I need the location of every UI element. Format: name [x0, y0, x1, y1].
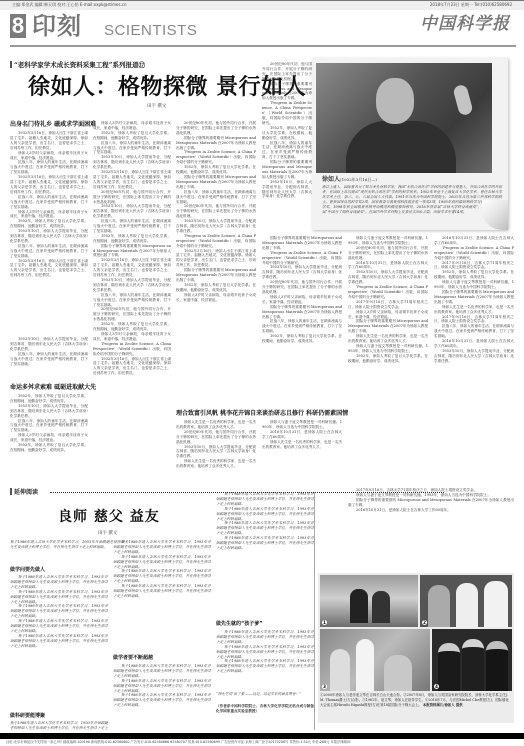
collage-photo-1: 1 — [320, 575, 418, 627]
footer-publisher-info: 社址:北京市海淀区中关村南一条乙3号 邮政编码:100190 新闻热线:010-… — [6, 740, 520, 745]
header-divider — [10, 45, 516, 47]
related-column-3b: 我于1988年进入吉林大学化学系本科学习，1993年开始跟随老师徐如人先生攻读硕… — [216, 630, 314, 690]
section-title-cn: 印刻 — [32, 12, 82, 40]
section-subhead-4: 谈治研志且修行 科研仍需素国情 — [262, 410, 348, 418]
article-byline: 田宇 撰文 — [147, 104, 166, 110]
portrait-hand — [452, 84, 473, 117]
article-column-6: 2016年10月31日，是徐如人院士在吉林大学工作60周年。 ‘Progress… — [434, 236, 514, 482]
photo-caption-name: 徐如人(1932年3月16日—) — [322, 176, 377, 184]
portrait-photo — [316, 63, 492, 173]
series-bar-icon — [10, 61, 12, 68]
related-column-1: 我于1988年进入吉林大学化学系本科学习，1993年开始跟随老师徐如人先生攻读硕… — [10, 575, 108, 687]
series-label: “老科学家学术成长资料采集工程”系列报道⑰ — [10, 61, 145, 69]
article-column-3: 20世纪80年代初，他与国外同行合作，开展分子筛的研究，在国际上率先提出了分子筛… — [176, 121, 256, 405]
section-title-en: SCIENTISTS — [104, 22, 197, 40]
related-subhead-4: 做先生就的“孩子爹” — [216, 620, 263, 628]
related-lead: 我于1988年进入吉林大学化学系本科学习，1993年开始跟随老师徐如人先生攻读硕… — [10, 540, 128, 560]
section-subhead-3: 理合致富引风帆 桃李花开锦自来 — [176, 410, 262, 418]
collage-caption: ①2000年徐如人与老伴庞文琴在吉林长白山天池合影。②2007年8月，徐如人与英… — [320, 693, 512, 707]
collage-photo-2: 2 — [420, 575, 512, 627]
related-column-3: 我于1988年进入吉林大学化学系本科学习，1993年开始跟随老师徐如人先生攻读硕… — [216, 492, 314, 588]
section-subhead-1: 出身名门待礼乡 磁咸求学面困难 — [10, 121, 96, 129]
article-column-1-mid: 1953年10月，徐如人大学提前毕业，分配到吉林省，随后到东北人民大学（吉林大学… — [10, 337, 88, 381]
collage-credit: 本报资料图片/徐如人 提供 — [423, 703, 463, 707]
related-column-1b: 我于1988年进入吉林大学化学系本科学习，1993年开始跟随老师徐如人先生攻读硕… — [10, 721, 108, 731]
collage-photo-4: 4 — [432, 629, 512, 691]
label-bar-icon — [10, 488, 12, 495]
article-column-3b: 徐如人先生是一名优秀的科学家，也是一名杰出的教育家。他培养了众多优秀人才。 20… — [176, 420, 256, 482]
photo-caption-text: 浙江上虞人，国际著名分子筛与多孔材料学家，我国“无机合成化学”学科的创建者与奠基… — [322, 185, 502, 215]
related-reading-label: 延伸阅读 — [10, 488, 40, 497]
article-column-4b: 徐如人与妻子庞文琴教授是一对科研伉俪。1993年，徐如人当选为中国科学院院士。 … — [262, 420, 342, 482]
page-number: 8 — [10, 14, 26, 38]
article-column-4-top: 20世纪80年代初，他与国外同行合作，开展分子筛的研究，在国际上率先提出了分子筛… — [262, 62, 312, 232]
editor-credits: 主编:郑金武 编辑:韩天琪 校对:王心怡 E-mail:xxpk@stimes.… — [12, 2, 127, 8]
newspaper-masthead: 中国科学报 — [420, 13, 510, 35]
related-byline: 田宇 撰文 — [98, 531, 117, 537]
related-closing-quote: “徐先生的‘孩子爹’——这是，这是学长的最高赞誉！” — [216, 692, 314, 702]
article-column-5: 徐如人与妻子庞文琴教授是一对科研伉俪。1993年，徐如人当选为中国科学院院士。 … — [348, 236, 428, 482]
related-headline: 良师 慈父 益友 — [58, 508, 160, 526]
portrait-face — [376, 78, 414, 124]
section-subhead-2: 命运多舛求索难 砥砺进取献大先 — [10, 384, 96, 392]
collage-photo-3: 3 — [320, 629, 430, 691]
photo-collage: 1 2 3 4 ①2000年徐如人与老伴庞文琴在吉林长白山天池合影。②2007年… — [318, 573, 514, 723]
related-subhead-1: 做学问要先做人 — [10, 566, 45, 574]
related-column-2b: 我于1988年进入吉林大学化学系本科学习，1993年开始跟随老师徐如人先生攻读硕… — [113, 664, 211, 732]
related-author-note: （作者系中国科学院院士、吉林大学化学学院无机合成与制备化学国家重点实验室教授） — [216, 704, 314, 732]
related-subhead-3: 做科研要能博聚 — [10, 712, 45, 720]
footer-black-bar — [0, 733, 524, 739]
top-info-bar: 主编:郑金武 编辑:韩天琪 校对:王心怡 E-mail:xxpk@stimes.… — [0, 0, 524, 10]
article-column-tail: 2017年9月16日，吉林大学71周年校庆之日，徐如人院士捐资设立奖学金。 徐如… — [348, 488, 514, 568]
column-divider — [314, 492, 315, 730]
issue-date: 2018年7月23日 星期一 Tel:(010)62580692 — [430, 2, 512, 8]
article-column-1b: 1952年，徐如人考取了复旦大学化学系。在校期间，他勤奋好学，成绩优异。 195… — [10, 394, 88, 482]
related-column-2: 我于1988年进入吉林大学化学系本科学习，1993年开始跟随老师徐如人先生攻读硕… — [113, 540, 211, 630]
portrait-figure — [346, 121, 456, 173]
article-column-2: 徐如人3岁时父亲病故，母亲艰辛抚育子女成长，家道中落，经济窘迫。 1952年，徐… — [93, 121, 171, 482]
related-subhead-2: 做学者要不断超越 — [113, 654, 153, 662]
article-column-4: 国际分子筛界的重要期刊 Microporous and Mesoporous M… — [262, 236, 342, 404]
article-column-1: 1932年3月16日，徐如人出生于浙江省上虞县丁宅乡。祖籍人杰地灵，文化底蕴深厚… — [10, 131, 88, 336]
